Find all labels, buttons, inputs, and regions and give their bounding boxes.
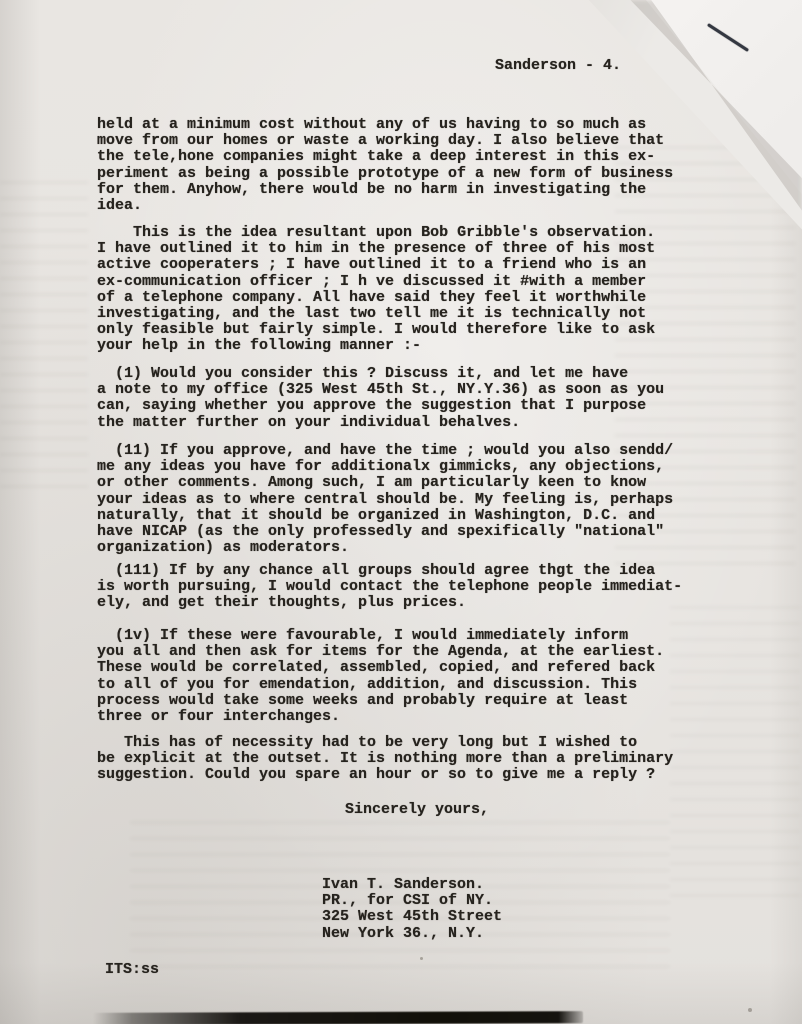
paper-speck xyxy=(420,957,423,960)
scan-edge-bar xyxy=(93,1011,583,1024)
paragraph-continuation: held at a minimum cost without any of us… xyxy=(97,117,717,214)
scanned-letter-page: Sanderson - 4. held at a minimum cost wi… xyxy=(0,0,802,1024)
paper-speck xyxy=(748,1008,752,1012)
list-item-ii: (11) If you approve, and have the time ;… xyxy=(97,443,717,556)
paragraph-closing: This has of necessity had to be very lon… xyxy=(97,735,717,784)
list-item-i: (1) Would you consider this ? Discuss it… xyxy=(97,366,717,431)
valediction: Sincerely yours, xyxy=(345,802,645,818)
paragraph-idea-origin: This is the idea resultant upon Bob Grib… xyxy=(97,225,717,355)
bleedthrough-texture xyxy=(0,175,88,495)
list-item-iii: (111) If by any chance all groups should… xyxy=(97,563,717,612)
list-item-iv: (1v) If these were favourable, I would i… xyxy=(97,628,717,725)
page-header: Sanderson - 4. xyxy=(495,58,715,74)
signature-block: Ivan T. Sanderson. PR., for CSI of NY. 3… xyxy=(322,877,642,942)
typist-reference: ITS:ss xyxy=(105,962,225,978)
